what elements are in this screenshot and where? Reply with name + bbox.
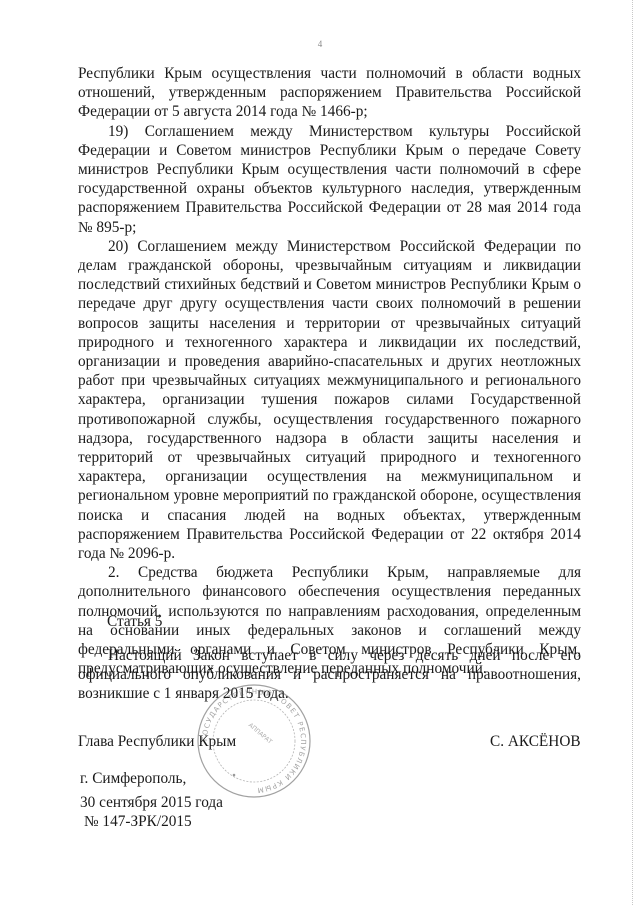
- article-title: Статья 5: [107, 613, 162, 631]
- signing-city: г. Симферополь,: [80, 770, 186, 788]
- scan-edge-line: [632, 0, 633, 905]
- page-number: 4: [0, 39, 640, 49]
- signatory-name: С. АКСЁНОВ: [490, 733, 581, 751]
- document-body: Республики Крым осуществления части полн…: [78, 64, 581, 679]
- svg-text:ГОСУДАРСТВЕННЫЙ СОВЕТ РЕСПУБЛИ: ГОСУДАРСТВЕННЫЙ СОВЕТ РЕСПУБЛИКИ КРЫМ: [201, 688, 307, 794]
- paragraph-item-20: 20) Соглашением между Министерством Росс…: [78, 237, 581, 563]
- paragraph-continuation: Республики Крым осуществления части полн…: [78, 64, 581, 122]
- svg-text:АППАРАТ: АППАРАТ: [247, 722, 274, 746]
- paragraph-item-19: 19) Соглашением между Министерством куль…: [78, 122, 581, 237]
- law-number: № 147-ЗРК/2015: [84, 813, 192, 831]
- official-seal-icon: ГОСУДАРСТВЕННЫЙ СОВЕТ РЕСПУБЛИКИ КРЫМ АП…: [196, 683, 312, 799]
- article-text: Настоящий Закон вступает в силу через де…: [78, 646, 581, 704]
